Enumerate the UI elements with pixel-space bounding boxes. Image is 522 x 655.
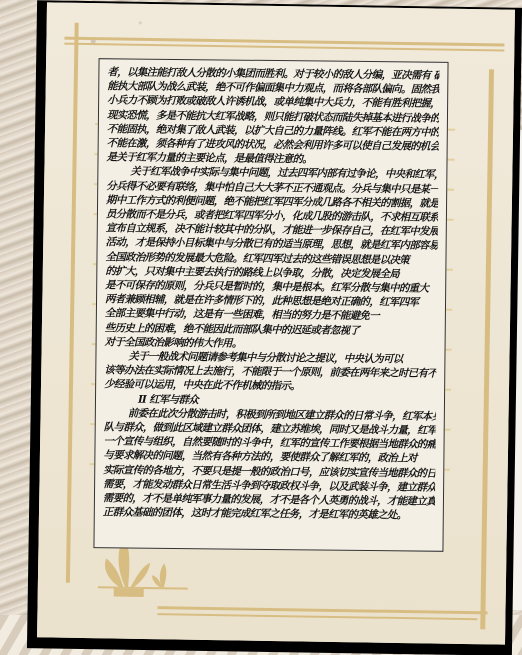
manuscript-line: 正群众基础的团体，这时才能完成红军之任务，才是红军的英雄之处。 xyxy=(103,506,435,524)
gold-frame-line xyxy=(66,23,79,583)
handwritten-manuscript: 者，以集注能打敌人分散的小集团而胜利。对于较小的敌人分编，亚决需有 确 败他，要… xyxy=(93,58,448,552)
gold-frame-line xyxy=(480,69,494,629)
gold-frame-line xyxy=(157,613,477,620)
